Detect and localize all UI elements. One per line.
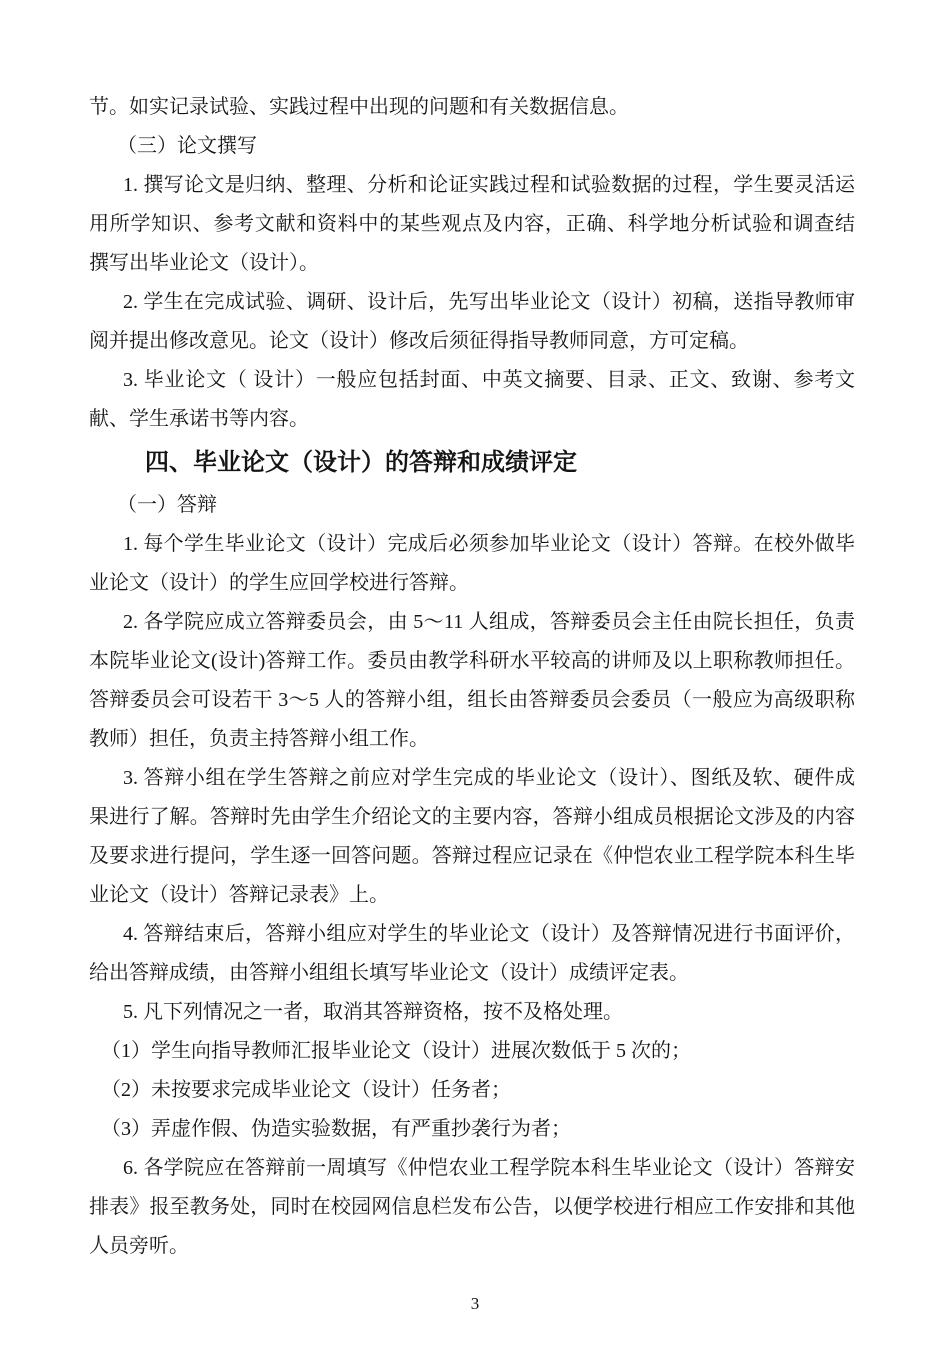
text-line: 答辩委员会可设若干 3～5 人的答辩小组，组长由答辩委员会委员（一般应为高级职称 (89, 681, 855, 720)
text-line: （3）弄虚作假、伪造实验数据，有严重抄袭行为者； (89, 1110, 855, 1149)
text-line: 4. 答辩结束后，答辩小组应对学生的毕业论文（设计）及答辩情况进行书面评价， (89, 915, 855, 954)
text-line: （三）论文撰写 (89, 127, 855, 166)
text-line: 5. 凡下列情况之一者，取消其答辩资格，按不及格处理。 (89, 993, 855, 1032)
text-line: 排表》报至教务处，同时在校园网信息栏发布公告，以便学校进行相应工作安排和其他 (89, 1188, 855, 1227)
text-line: 人员旁听。 (89, 1227, 855, 1266)
text-line: 本院毕业论文(设计)答辩工作。委员由教学科研水平较高的讲师及以上职称教师担任。 (89, 642, 855, 681)
text-line: （1）学生向指导教师汇报毕业论文（设计）进展次数低于 5 次的； (89, 1032, 855, 1071)
text-line: 业论文（设计）的学生应回学校进行答辩。 (89, 564, 855, 603)
document-page: 节。如实记录试验、实践过程中出现的问题和有关数据信息。（三）论文撰写1. 撰写论… (0, 0, 950, 1368)
text-line: 献、学生承诺书等内容。 (89, 400, 855, 439)
text-line: 2. 各学院应成立答辩委员会，由 5～11 人组成，答辩委员会主任由院长担任，负… (89, 603, 855, 642)
text-line: 6. 各学院应在答辩前一周填写《仲恺农业工程学院本科生毕业论文（设计）答辩安 (89, 1149, 855, 1188)
text-line: 及要求进行提问，学生逐一回答问题。答辩过程应记录在《仲恺农业工程学院本科生毕 (89, 837, 855, 876)
text-line: 3. 答辩小组在学生答辩之前应对学生完成的毕业论文（设计）、图纸及软、硬件成 (89, 759, 855, 798)
text-line: （一）答辩 (89, 486, 855, 525)
text-line: 撰写出毕业论文（设计）。 (89, 244, 855, 283)
text-line: 果进行了解。答辩时先由学生介绍论文的主要内容，答辩小组成员根据论文涉及的内容 (89, 798, 855, 837)
text-line: 1. 每个学生毕业论文（设计）完成后必须参加毕业论文（设计）答辩。在校外做毕 (89, 525, 855, 564)
text-line: 业论文（设计）答辩记录表》上。 (89, 876, 855, 915)
text-line: 阅并提出修改意见。论文（设计）修改后须征得指导教师同意，方可定稿。 (89, 322, 855, 361)
text-line: 3. 毕业论文（ 设计）一般应包括封面、中英文摘要、目录、正文、致谢、参考文 (89, 361, 855, 400)
section-heading: 四、毕业论文（设计）的答辩和成绩评定 (89, 439, 855, 486)
text-line: 用所学知识、参考文献和资料中的某些观点及内容，正确、科学地分析试验和调查结果， (89, 205, 855, 244)
text-line: 给出答辩成绩，由答辩小组组长填写毕业论文（设计）成绩评定表。 (89, 954, 855, 993)
text-line: 节。如实记录试验、实践过程中出现的问题和有关数据信息。 (89, 88, 855, 127)
text-line: （2）未按要求完成毕业论文（设计）任务者； (89, 1071, 855, 1110)
text-line: 2. 学生在完成试验、调研、设计后，先写出毕业论文（设计）初稿，送指导教师审 (89, 283, 855, 322)
text-line: 1. 撰写论文是归纳、整理、分析和论证实践过程和试验数据的过程，学生要灵活运 (89, 166, 855, 205)
page-number: 3 (0, 1292, 950, 1316)
text-content: 节。如实记录试验、实践过程中出现的问题和有关数据信息。（三）论文撰写1. 撰写论… (89, 88, 855, 1266)
text-line: 教师）担任，负责主持答辩小组工作。 (89, 720, 855, 759)
